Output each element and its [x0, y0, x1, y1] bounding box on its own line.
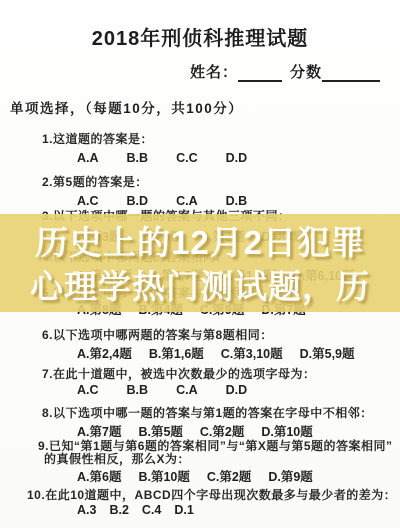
test-paper: 2018年刑侦科推理试题 姓名：分数 单项选择，（每题10分，共100分） 1.…: [0, 0, 400, 528]
question-number: 7.: [42, 367, 53, 381]
question-1-options: A.A B.B C.C D.D: [77, 151, 247, 165]
question-1: 1.这道题的答案是：: [42, 130, 153, 147]
option-d: D.第5,9题: [300, 344, 355, 362]
option-a: A.第6题: [77, 467, 121, 485]
option-b: B.B: [127, 151, 149, 165]
option-c: C.第2题: [200, 422, 244, 440]
option-d: D.第9题: [268, 467, 312, 485]
name-label: 姓名：: [190, 64, 238, 81]
option-d: D.1: [174, 503, 193, 517]
question-number: 1.: [42, 132, 53, 146]
option-c: C.A: [176, 194, 198, 208]
option-a: A.第7题: [77, 422, 121, 440]
question-2-options: A.C B.D C.A D.B: [77, 194, 247, 208]
option-a: A.3: [77, 503, 96, 517]
question-2: 2.第5题的答案是：: [42, 173, 148, 190]
question-text-line2: 的真假性相反，那么X为：: [44, 453, 393, 466]
question-6: 6.以下选项中哪两题的答案与第8题相同：: [42, 326, 273, 343]
option-d: D.第10题: [261, 422, 312, 440]
option-a: A.第2,4题: [77, 344, 132, 362]
option-b: B.2: [109, 503, 128, 517]
question-number: 6.: [42, 328, 53, 342]
question-number: 8.: [42, 406, 53, 420]
question-number: 2.: [42, 175, 53, 189]
option-c: C.4: [142, 503, 161, 517]
question-text: 以下选项中哪一题的答案与第1题的答案在字母中不相邻：: [53, 406, 373, 420]
question-6-options: A.第2,4题 B.第1,6题 C.第3,10题 D.第5,9题: [77, 344, 355, 362]
question-8-options: A.第7题 B.第5题 C.第2题 D.第10题: [77, 422, 313, 440]
option-d: D.D: [226, 151, 248, 165]
question-7: 7.在此十道题中，被选中次数最少的选项字母为：: [42, 365, 316, 382]
question-text: 在此十道题中，被选中次数最少的选项字母为：: [53, 367, 316, 381]
question-number: 10.: [27, 488, 45, 502]
caption-line-2: 心理学热门测试题，历: [0, 265, 400, 309]
option-c: C.第2题: [207, 467, 251, 485]
question-text: 在此10道题中，ABCD四个字母出现次数最多与最少者的差为：: [45, 488, 396, 502]
score-blank-line: [322, 67, 380, 82]
question-8: 8.以下选项中哪一题的答案与第1题的答案在字母中不相邻：: [42, 404, 373, 421]
option-a: A.C: [77, 383, 99, 397]
option-b: B.第1,6题: [149, 344, 204, 362]
question-text: 以下选项中哪两题的答案与第8题相同：: [53, 328, 273, 342]
option-c: C.A: [176, 383, 198, 397]
question-text: 这道题的答案是：: [53, 132, 153, 146]
option-b: B.第10题: [138, 467, 189, 485]
option-b: B.B: [127, 383, 149, 397]
question-number: 9.: [38, 439, 49, 453]
question-7-options: A.C B.B C.A D.D: [77, 383, 247, 397]
option-d: D.D: [226, 383, 248, 397]
option-c: C.第3,10题: [221, 344, 283, 362]
option-c: C.C: [176, 151, 198, 165]
option-a: A.C: [77, 194, 99, 208]
question-text: 第5题的答案是：: [53, 175, 148, 189]
name-blank-line: [238, 67, 282, 82]
question-9: 9.已知“第1题与第6题的答案相同”与“第X题与第5题的答案相同”的真假性相反，…: [38, 440, 393, 466]
question-9-options: A.第6题 B.第10题 C.第2题 D.第9题: [77, 467, 313, 485]
section-header: 单项选择，（每题10分，共100分）: [10, 97, 243, 117]
option-b: B.D: [127, 194, 149, 208]
option-b: B.第5题: [138, 422, 182, 440]
caption-overlay: 历史上的12月2日犯罪 心理学热门测试题，历: [0, 214, 400, 312]
question-10: 10.在此10道题中，ABCD四个字母出现次数最多与最少者的差为：: [27, 486, 396, 503]
name-score-line: 姓名：分数: [190, 61, 380, 82]
question-10-options: A.3 B.2 C.4 D.1: [77, 503, 194, 517]
option-d: D.B: [226, 194, 248, 208]
score-label: 分数: [290, 64, 322, 81]
page-title: 2018年刑侦科推理试题: [0, 22, 400, 51]
option-a: A.A: [77, 151, 99, 165]
caption-line-1: 历史上的12月2日犯罪: [0, 221, 400, 265]
question-text: 已知“第1题与第6题的答案相同”与“第X题与第5题的答案相同”: [49, 439, 393, 453]
